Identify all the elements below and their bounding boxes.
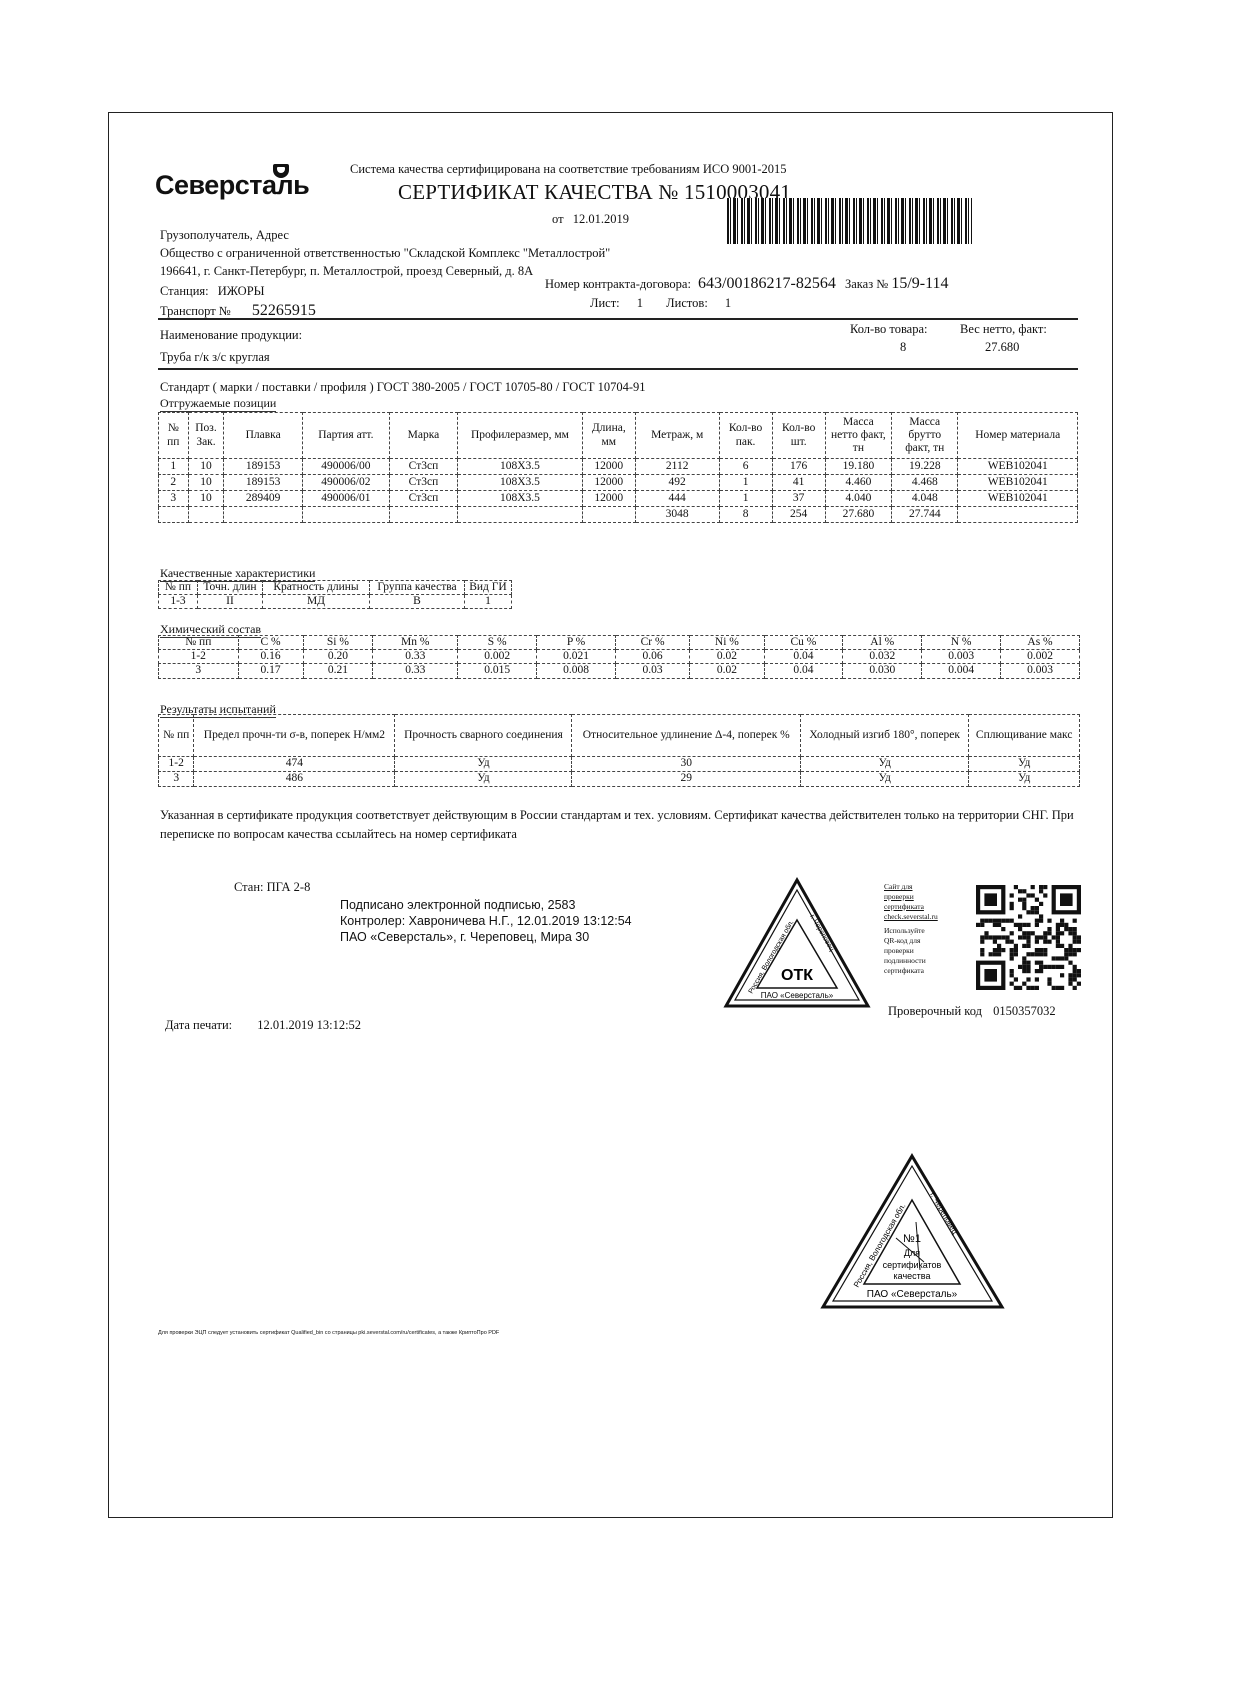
table-cell: 108X3.5 bbox=[458, 459, 583, 475]
table-cell: 0.21 bbox=[303, 664, 373, 678]
total-cell bbox=[958, 507, 1078, 523]
table-cell: 0.04 bbox=[764, 650, 843, 664]
header-cell: Кратность длины bbox=[263, 581, 370, 595]
cert-stamp-line: качества bbox=[894, 1271, 931, 1281]
header-cell: Кол-во шт. bbox=[772, 413, 825, 459]
header-cell: As % bbox=[1001, 636, 1080, 650]
cert-stamp-line: сертификатов bbox=[883, 1260, 942, 1270]
footer-note: Для проверки ЭЦП следует установить серт… bbox=[158, 1330, 499, 1336]
verify-qr-line: QR-код для bbox=[884, 936, 938, 946]
shipped-table: № пп Поз. Зак. Плавка Партия атт. Марка … bbox=[158, 412, 1078, 523]
verify-site-line: Сайт для bbox=[884, 882, 938, 892]
cert-stamp-bottom: ПАО «Северсталь» bbox=[867, 1289, 958, 1300]
table-cell: 2 bbox=[159, 475, 189, 491]
header-cell: Ni % bbox=[690, 636, 764, 650]
table-cell: 4.048 bbox=[892, 491, 958, 507]
transport-value: 52265915 bbox=[252, 302, 316, 319]
chemistry-table: № ппC %Si %Mn %S %P %Cr %Ni %Cu %Al %N %… bbox=[158, 635, 1080, 679]
tests-body: 1-2474Уд30УдУд3486Уд29УдУд bbox=[159, 757, 1080, 787]
table-cell: II bbox=[198, 595, 263, 609]
header-cell: Cu % bbox=[764, 636, 843, 650]
table-cell: 0.33 bbox=[373, 650, 458, 664]
table-cell: 19.228 bbox=[892, 459, 958, 475]
table-cell: 12000 bbox=[582, 459, 635, 475]
header-cell: C % bbox=[238, 636, 303, 650]
sheet-label: Лист: bbox=[590, 296, 620, 310]
table-cell: 0.003 bbox=[922, 650, 1001, 664]
print-date-value: 12.01.2019 13:12:52 bbox=[257, 1018, 361, 1032]
table-cell: 1-3 bbox=[159, 595, 198, 609]
qty-value: 8 bbox=[900, 340, 906, 355]
table-cell: Уд bbox=[969, 772, 1080, 787]
logo: Северсталь bbox=[155, 170, 309, 201]
table-cell: WEB102041 bbox=[958, 459, 1078, 475]
total-cell: 27.680 bbox=[825, 507, 891, 523]
consignee-address: 196641, г. Санкт-Петербург, п. Металлост… bbox=[160, 264, 533, 279]
header-cell: Cr % bbox=[615, 636, 689, 650]
table-cell: 108X3.5 bbox=[458, 475, 583, 491]
header-cell: № пп bbox=[159, 413, 189, 459]
total-cell: 254 bbox=[772, 507, 825, 523]
table-cell: Ст3сп bbox=[389, 491, 457, 507]
net-weight-value: 27.680 bbox=[985, 340, 1019, 355]
cert-stamp-number: №1 bbox=[903, 1233, 921, 1245]
table-row: 110189153490006/00Ст3сп108X3.51200021126… bbox=[159, 459, 1078, 475]
table-cell: Уд bbox=[395, 772, 572, 787]
total-cell: 8 bbox=[719, 507, 772, 523]
table-cell: 0.021 bbox=[537, 650, 616, 664]
table-cell: 289409 bbox=[224, 491, 303, 507]
verification-code-value: 0150357032 bbox=[993, 1004, 1056, 1018]
table-cell: МД bbox=[263, 595, 370, 609]
table-cell: 444 bbox=[635, 491, 719, 507]
shipped-title: Отгружаемые позиции bbox=[160, 396, 276, 412]
table-cell: 0.030 bbox=[843, 664, 922, 678]
total-cell bbox=[582, 507, 635, 523]
table-row: 3486Уд29УдУд bbox=[159, 772, 1080, 787]
station-label: Станция: bbox=[160, 284, 209, 298]
statement: Указанная в сертификате продукция соотве… bbox=[160, 806, 1080, 845]
header-cell: N % bbox=[922, 636, 1001, 650]
table-cell: 12000 bbox=[582, 491, 635, 507]
quality-table: № пп Точн. длин Кратность длины Группа к… bbox=[158, 580, 512, 609]
header-cell: Масса брутто факт, тн bbox=[892, 413, 958, 459]
divider bbox=[158, 318, 1078, 320]
table-row: 1-3IIМДВ1 bbox=[159, 595, 512, 609]
table-cell: 189153 bbox=[224, 459, 303, 475]
header-cell: Партия атт. bbox=[302, 413, 389, 459]
sheets-label: Листов: bbox=[666, 296, 708, 310]
otk-bottom-text: ПАО «Северсталь» bbox=[761, 991, 834, 1000]
header-cell: № пп bbox=[159, 715, 194, 757]
barcode bbox=[727, 198, 972, 244]
table-cell: 0.008 bbox=[537, 664, 616, 678]
table-cell: 490006/02 bbox=[302, 475, 389, 491]
table-cell: Ст3сп bbox=[389, 475, 457, 491]
table-cell: В bbox=[370, 595, 465, 609]
table-cell: 0.02 bbox=[690, 664, 764, 678]
table-cell: 0.17 bbox=[238, 664, 303, 678]
header-cell: Прочность сварного соединения bbox=[395, 715, 572, 757]
product-name-label: Наименование продукции: bbox=[160, 328, 302, 343]
verify-qr-line: проверки bbox=[884, 946, 938, 956]
table-cell: 0.03 bbox=[615, 664, 689, 678]
order-label: Заказ № bbox=[845, 277, 888, 291]
table-cell: 3 bbox=[159, 664, 239, 678]
otk-center-text: ОТК bbox=[781, 967, 813, 984]
table-cell: 37 bbox=[772, 491, 825, 507]
transport-label: Транспорт № bbox=[160, 304, 231, 318]
table-cell: 0.16 bbox=[238, 650, 303, 664]
verify-site-line: проверки bbox=[884, 892, 938, 902]
table-row: 1-2474Уд30УдУд bbox=[159, 757, 1080, 772]
table-row: 1-20.160.200.330.0020.0210.060.020.040.0… bbox=[159, 650, 1080, 664]
table-cell: 3 bbox=[159, 772, 194, 787]
table-cell: 4.468 bbox=[892, 475, 958, 491]
header-cell: Вид ГИ bbox=[465, 581, 512, 595]
total-cell bbox=[458, 507, 583, 523]
table-cell: 0.004 bbox=[922, 664, 1001, 678]
total-cell bbox=[302, 507, 389, 523]
divider bbox=[158, 368, 1078, 370]
consignee-name: Общество с ограниченной ответственностью… bbox=[160, 246, 610, 261]
table-cell: 10 bbox=[188, 491, 224, 507]
chemistry-header-row: № ппC %Si %Mn %S %P %Cr %Ni %Cu %Al %N %… bbox=[159, 636, 1080, 650]
header-cell: Марка bbox=[389, 413, 457, 459]
header-cell: Группа качества bbox=[370, 581, 465, 595]
header-cell: Кол-во пак. bbox=[719, 413, 772, 459]
table-cell: 474 bbox=[194, 757, 395, 772]
table-cell: 1 bbox=[159, 459, 189, 475]
header-cell: Плавка bbox=[224, 413, 303, 459]
table-cell: 1-2 bbox=[159, 650, 239, 664]
table-cell: 2112 bbox=[635, 459, 719, 475]
total-cell: 27.744 bbox=[892, 507, 958, 523]
date-value: 12.01.2019 bbox=[573, 212, 629, 226]
table-cell: 189153 bbox=[224, 475, 303, 491]
consignee-label: Грузополучатель, Адрес bbox=[160, 228, 289, 243]
header-cell: Длина, мм bbox=[582, 413, 635, 459]
order-value: 15/9-114 bbox=[891, 275, 948, 292]
net-weight-label: Вес нетто, факт: bbox=[960, 322, 1047, 337]
header-cell: Сплющивание макс bbox=[969, 715, 1080, 757]
table-cell: Уд bbox=[969, 757, 1080, 772]
sheet-value: 1 bbox=[637, 296, 643, 310]
table-cell: 490006/01 bbox=[302, 491, 389, 507]
table-cell: 29 bbox=[572, 772, 801, 787]
table-cell: 4.040 bbox=[825, 491, 891, 507]
header-cell: Поз. Зак. bbox=[188, 413, 224, 459]
print-date-label: Дата печати: bbox=[165, 1018, 232, 1032]
signature-line-2: Контролер: Хавроничева Н.Г., 12.01.2019 … bbox=[340, 914, 632, 928]
signature-line-1: Подписано электронной подписью, 2583 bbox=[340, 898, 575, 912]
table-cell: 4.460 bbox=[825, 475, 891, 491]
table-cell: 108X3.5 bbox=[458, 491, 583, 507]
table-cell: 10 bbox=[188, 475, 224, 491]
verify-site-link[interactable]: check.severstal.ru bbox=[884, 912, 938, 922]
table-cell: 0.04 bbox=[764, 664, 843, 678]
header-cell: Метраж, м bbox=[635, 413, 719, 459]
verify-site-block: Сайт для проверки сертификата check.seve… bbox=[884, 882, 938, 976]
contract: Номер контракта-договора: 643/00186217-8… bbox=[545, 275, 949, 293]
table-row: 310289409490006/01Ст3сп108X3.51200044413… bbox=[159, 491, 1078, 507]
table-cell: Уд bbox=[395, 757, 572, 772]
table-cell: 10 bbox=[188, 459, 224, 475]
table-row: 210189153490006/02Ст3сп108X3.51200049214… bbox=[159, 475, 1078, 491]
shipped-header-row: № пп Поз. Зак. Плавка Партия атт. Марка … bbox=[159, 413, 1078, 459]
table-cell: 6 bbox=[719, 459, 772, 475]
verify-qr-line: подлинности bbox=[884, 956, 938, 966]
table-cell: 176 bbox=[772, 459, 825, 475]
table-cell: 0.032 bbox=[843, 650, 922, 664]
total-cell bbox=[188, 507, 224, 523]
header-cell: Номер материала bbox=[958, 413, 1078, 459]
table-cell: 0.02 bbox=[690, 650, 764, 664]
table-cell: WEB102041 bbox=[958, 475, 1078, 491]
total-cell: 3048 bbox=[635, 507, 719, 523]
header-cell: Точн. длин bbox=[198, 581, 263, 595]
header-cell: Холодный изгиб 180°, поперек bbox=[801, 715, 969, 757]
header-cell: Относительное удлинение Δ-4, поперек % bbox=[572, 715, 801, 757]
quality-body: 1-3IIМДВ1 bbox=[159, 595, 512, 609]
table-cell: 0.33 bbox=[373, 664, 458, 678]
contract-label: Номер контракта-договора: bbox=[545, 277, 691, 291]
quality-header-row: № пп Точн. длин Кратность длины Группа к… bbox=[159, 581, 512, 595]
station: Станция: ИЖОРЫ bbox=[160, 284, 265, 299]
total-cell bbox=[389, 507, 457, 523]
certificate-stamp: №1 Для сертификатов качества ПАО «Северс… bbox=[820, 1152, 1005, 1312]
certificate-date: от 12.01.2019 bbox=[552, 212, 629, 227]
table-cell: 19.180 bbox=[825, 459, 891, 475]
sheets: Лист: 1 Листов: 1 bbox=[590, 296, 731, 311]
table-cell: 3 bbox=[159, 491, 189, 507]
table-cell: 0.06 bbox=[615, 650, 689, 664]
header-cell: Масса нетто факт, тн bbox=[825, 413, 891, 459]
qty-label: Кол-во товара: bbox=[850, 322, 928, 337]
table-cell: Уд bbox=[801, 772, 969, 787]
verification-code: Проверочный код 0150357032 bbox=[888, 1004, 1056, 1019]
header-cell: № пп bbox=[159, 581, 198, 595]
sheets-value: 1 bbox=[725, 296, 731, 310]
product-name-value: Труба г/к з/с круглая bbox=[160, 350, 270, 365]
table-cell: Уд bbox=[801, 757, 969, 772]
standard-line: Стандарт ( марки / поставки / профиля ) … bbox=[160, 380, 646, 395]
table-cell: 0.20 bbox=[303, 650, 373, 664]
verify-qr-line: Используйте bbox=[884, 926, 938, 936]
station-value: ИЖОРЫ bbox=[218, 284, 265, 298]
table-cell: 490006/00 bbox=[302, 459, 389, 475]
mill-value: ПГА 2-8 bbox=[267, 880, 311, 894]
cert-stamp-right: г. Череповец bbox=[928, 1191, 960, 1237]
header-cell: № пп bbox=[159, 636, 239, 650]
tests-table: № ппПредел прочн-ти σ-в, поперек Н/мм2Пр… bbox=[158, 714, 1080, 787]
total-cell bbox=[224, 507, 303, 523]
print-date: Дата печати: 12.01.2019 13:12:52 bbox=[165, 1018, 361, 1033]
header-cell: S % bbox=[458, 636, 537, 650]
table-cell: 1 bbox=[465, 595, 512, 609]
contract-value: 643/00186217-82564 bbox=[698, 275, 836, 292]
mill-label: Стан: bbox=[234, 880, 264, 894]
signature-line-3: ПАО «Северсталь», г. Череповец, Мира 30 bbox=[340, 930, 589, 944]
table-cell: 486 bbox=[194, 772, 395, 787]
tests-header-row: № ппПредел прочн-ти σ-в, поперек Н/мм2Пр… bbox=[159, 715, 1080, 757]
table-cell: 0.002 bbox=[458, 650, 537, 664]
date-label: от bbox=[552, 212, 564, 226]
header-cell: Mn % bbox=[373, 636, 458, 650]
qr-code[interactable] bbox=[976, 885, 1082, 990]
table-cell: 12000 bbox=[582, 475, 635, 491]
table-cell: 41 bbox=[772, 475, 825, 491]
otk-stamp: ОТК ПАО «Северсталь» Россия, Вологодская… bbox=[722, 876, 872, 1012]
table-row: 30.170.210.330.0150.0080.030.020.040.030… bbox=[159, 664, 1080, 678]
chemistry-body: 1-20.160.200.330.0020.0210.060.020.040.0… bbox=[159, 650, 1080, 678]
table-cell: 30 bbox=[572, 757, 801, 772]
header-cell: Предел прочн-ти σ-в, поперек Н/мм2 bbox=[194, 715, 395, 757]
verification-code-label: Проверочный код bbox=[888, 1004, 982, 1018]
shipped-body: 110189153490006/00Ст3сп108X3.51200021126… bbox=[159, 459, 1078, 523]
mill: Стан: ПГА 2-8 bbox=[234, 880, 310, 895]
total-cell bbox=[159, 507, 189, 523]
table-cell: 492 bbox=[635, 475, 719, 491]
totals-row: 3048825427.68027.744 bbox=[159, 507, 1078, 523]
table-cell: 1-2 bbox=[159, 757, 194, 772]
verify-site-line: сертификата bbox=[884, 902, 938, 912]
header-cell: Профилеразмер, мм bbox=[458, 413, 583, 459]
iso-line: Система качества сертифицирована на соот… bbox=[350, 162, 787, 177]
verify-qr-line: сертификата bbox=[884, 966, 938, 976]
table-cell: Ст3сп bbox=[389, 459, 457, 475]
header-cell: Al % bbox=[843, 636, 922, 650]
table-cell: 0.002 bbox=[1001, 650, 1080, 664]
header-cell: Si % bbox=[303, 636, 373, 650]
table-cell: 1 bbox=[719, 491, 772, 507]
table-cell: 1 bbox=[719, 475, 772, 491]
table-cell: 0.003 bbox=[1001, 664, 1080, 678]
table-cell: WEB102041 bbox=[958, 491, 1078, 507]
header-cell: P % bbox=[537, 636, 616, 650]
table-cell: 0.015 bbox=[458, 664, 537, 678]
